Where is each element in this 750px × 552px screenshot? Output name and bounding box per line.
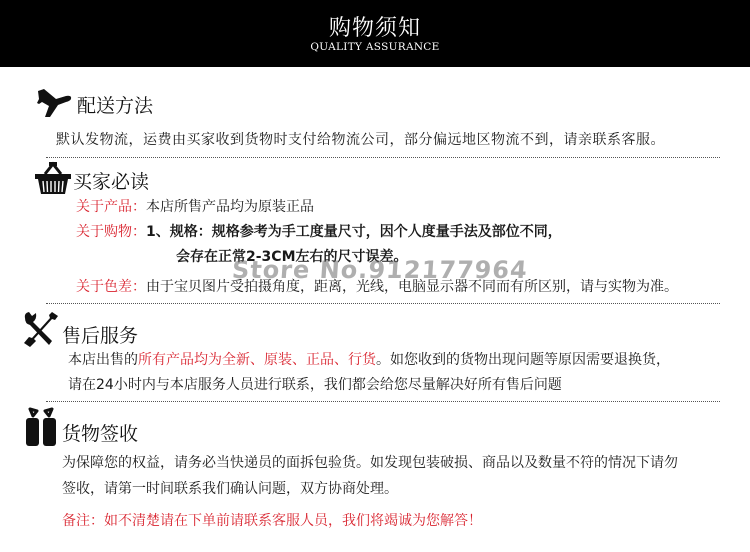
divider [46, 157, 720, 158]
shipping-text: 默认发物流，运费由买家收到货物时支付给物流公司，部分偏远地区物流不到，请亲联系客… [56, 129, 665, 149]
buyer-note-product: 关于产品：本店所售产品均为原装正品 [76, 196, 314, 216]
section-title-after-sales: 售后服务 [62, 321, 138, 348]
airplane-icon [36, 88, 74, 118]
page-subtitle: QUALITY ASSURANCE [0, 41, 750, 53]
label-shopping: 关于购物： [76, 224, 146, 240]
after-sales-highlight: 所有产品均为全新、原装、正品、行货 [138, 352, 376, 368]
section-title-shipping: 配送方法 [77, 91, 153, 118]
section-title-buyer-notes: 买家必读 [73, 167, 149, 194]
text-product: 本店所售产品均为原装正品 [146, 199, 314, 215]
store-watermark: Store No.912177964 [231, 256, 529, 284]
after-sales-line1: 本店出售的所有产品均为全新、原装、正品、行货。如您收到的货物出现问题等原因需要退… [68, 349, 670, 369]
receipt-line2: 签收，请第一时间联系我们确认问题，双方协商处理。 [62, 478, 398, 498]
divider [46, 303, 720, 304]
divider [46, 401, 720, 402]
page-title: 购物须知 [0, 11, 750, 42]
text-shopping: 1、规格：规格参考为手工度量尺寸，因个人度量手法及部位不同， [146, 224, 562, 240]
label-color: 关于色差： [76, 279, 146, 295]
label-product: 关于产品： [76, 199, 146, 215]
gift-icon [24, 407, 58, 447]
after-sales-prefix: 本店出售的 [68, 352, 138, 368]
after-sales-line2: 请在24小时内与本店服务人员进行联系，我们都会给您尽量解决好所有售后问题 [68, 374, 562, 394]
basket-icon [34, 160, 72, 196]
buyer-note-shopping: 关于购物：1、规格：规格参考为手工度量尺寸，因个人度量手法及部位不同， [76, 221, 562, 241]
receipt-line1: 为保障您的权益，请务必当快递员的面拆包验货。如发现包装破损、商品以及数量不符的情… [62, 452, 678, 472]
section-title-receipt: 货物签收 [62, 419, 138, 446]
tools-icon [22, 310, 60, 348]
header-banner: 购物须知 QUALITY ASSURANCE [0, 0, 750, 67]
after-sales-suffix: 。如您收到的货物出现问题等原因需要退换货， [376, 352, 670, 368]
footer-note: 备注：如不清楚请在下单前请联系客服人员，我们将竭诚为您解答！ [62, 510, 482, 530]
